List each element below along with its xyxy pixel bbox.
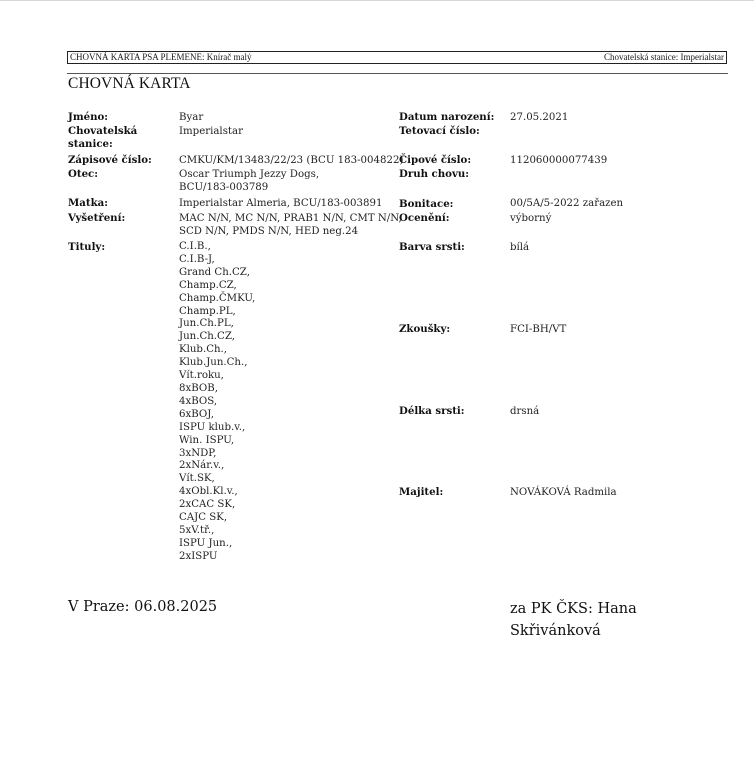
title-item: Jun.Ch.CZ, <box>179 331 255 344</box>
value-oceneni: výborný <box>510 212 551 225</box>
value-otec: Oscar Triumph Jezzy Dogs, BCU/183-003789 <box>179 168 319 194</box>
titles-list: C.I.B.,C.I.B-J,Grand Ch.CZ,Champ.CZ,Cham… <box>179 241 255 564</box>
title-item: Champ.ČMKU, <box>179 293 255 306</box>
title-item: Champ.PL, <box>179 306 255 319</box>
label-majitel: Majitel: <box>399 486 443 499</box>
title-item: Vít.roku, <box>179 370 255 383</box>
label-zkousky: Zkoušky: <box>399 323 450 336</box>
value-delka-srsti: drsná <box>510 405 539 418</box>
label-delka-srsti: Délka srsti: <box>399 405 465 418</box>
value-bonitace: 00/5A/5-2022 zařazen <box>510 197 623 210</box>
title-divider <box>67 73 728 74</box>
label-barva-srsti: Barva srsti: <box>399 241 465 254</box>
label-tituly: Tituly: <box>68 241 105 254</box>
label-tetovaci-cislo: Tetovací číslo: <box>399 125 480 138</box>
label-otec: Otec: <box>68 168 98 181</box>
label-datum-narozeni: Datum narození: <box>399 111 494 124</box>
title-item: Klub.Jun.Ch., <box>179 357 255 370</box>
value-vysetreni: MAC N/N, MC N/N, PRAB1 N/N, CMT N/N, SCD… <box>179 212 402 238</box>
title-item: Vít.SK, <box>179 473 255 486</box>
title-item: 2xCAC SK, <box>179 499 255 512</box>
title-item: CAJC SK, <box>179 512 255 525</box>
label-matka: Matka: <box>68 197 108 210</box>
title-item: 4xObl.Kl.v., <box>179 486 255 499</box>
title-item: Grand Ch.CZ, <box>179 267 255 280</box>
value-datum-narozeni: 27.05.2021 <box>510 111 568 124</box>
page-header-box: CHOVNÁ KARTA PSA PLEMENE: Knírač malý Ch… <box>67 51 727 64</box>
title-item: 8xBOB, <box>179 383 255 396</box>
header-breed-text: CHOVNÁ KARTA PSA PLEMENE: Knírač malý <box>70 52 252 63</box>
title-item: 6xBOJ, <box>179 409 255 422</box>
label-chovatelska-stanice: Chovatelská stanice: <box>68 125 137 151</box>
value-cipove-cislo: 112060000077439 <box>510 154 607 167</box>
label-cipove-cislo: Čipové číslo: <box>399 154 471 167</box>
header-kennel-text: Chovatelská stanice: Imperialstar <box>604 52 724 63</box>
title-item: Klub.Ch., <box>179 344 255 357</box>
label-oceneni: Ocenění: <box>399 212 450 225</box>
document-title: CHOVNÁ KARTA <box>68 75 191 93</box>
label-jmeno: Jméno: <box>68 111 108 124</box>
signature: za PK ČKS: Hana Skřivánková <box>510 598 660 642</box>
title-item: 3xNDP, <box>179 448 255 461</box>
value-jmeno: Byar <box>179 111 203 124</box>
title-item: ISPU Jun., <box>179 538 255 551</box>
value-majitel: NOVÁKOVÁ Radmila <box>510 486 617 499</box>
title-item: 5xV.tř., <box>179 525 255 538</box>
value-zkousky: FCI-BH/VT <box>510 323 566 336</box>
value-barva-srsti: bílá <box>510 241 529 254</box>
title-item: C.I.B., <box>179 241 255 254</box>
title-item: Jun.Ch.PL, <box>179 318 255 331</box>
title-item: C.I.B-J, <box>179 254 255 267</box>
title-item: 4xBOS, <box>179 396 255 409</box>
label-vysetreni: Vyšetření: <box>68 212 125 225</box>
label-bonitace: Bonitace: <box>399 198 453 211</box>
title-item: Champ.CZ, <box>179 280 255 293</box>
value-chovatelska-stanice: Imperialstar <box>179 125 243 138</box>
label-zapisove-cislo: Zápisové číslo: <box>68 154 152 167</box>
value-matka: Imperialstar Almeria, BCU/183-003891 <box>179 197 382 210</box>
title-item: 2xNár.v., <box>179 460 255 473</box>
title-item: 2xISPU <box>179 551 255 564</box>
title-item: Win. ISPU, <box>179 435 255 448</box>
value-zapisove-cislo: CMKU/KM/13483/22/23 (BCU 183-004822) <box>179 154 403 167</box>
label-druh-chovu: Druh chovu: <box>399 168 469 181</box>
title-item: ISPU klub.v., <box>179 422 255 435</box>
place-and-date: V Praze: 06.08.2025 <box>68 598 217 616</box>
